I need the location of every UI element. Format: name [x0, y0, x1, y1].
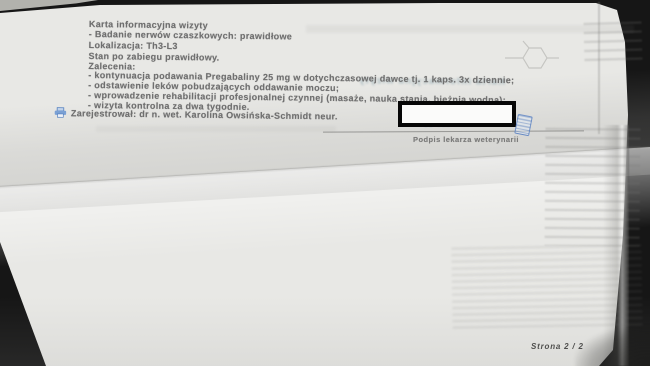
- doc-line-location: Lokalizacja: Th3-L3: [89, 40, 178, 51]
- redacted-signature-box: [398, 101, 516, 127]
- photo-of-veterinary-document: Karta informacyjna wizyty Karta informac…: [0, 0, 650, 366]
- signature-caption: Podpis lekarza weterynarii: [413, 135, 519, 144]
- molecule-watermark-icon: [497, 39, 561, 77]
- page-indicator: Strona 2 / 2: [531, 342, 584, 351]
- printer-icon: [54, 107, 67, 118]
